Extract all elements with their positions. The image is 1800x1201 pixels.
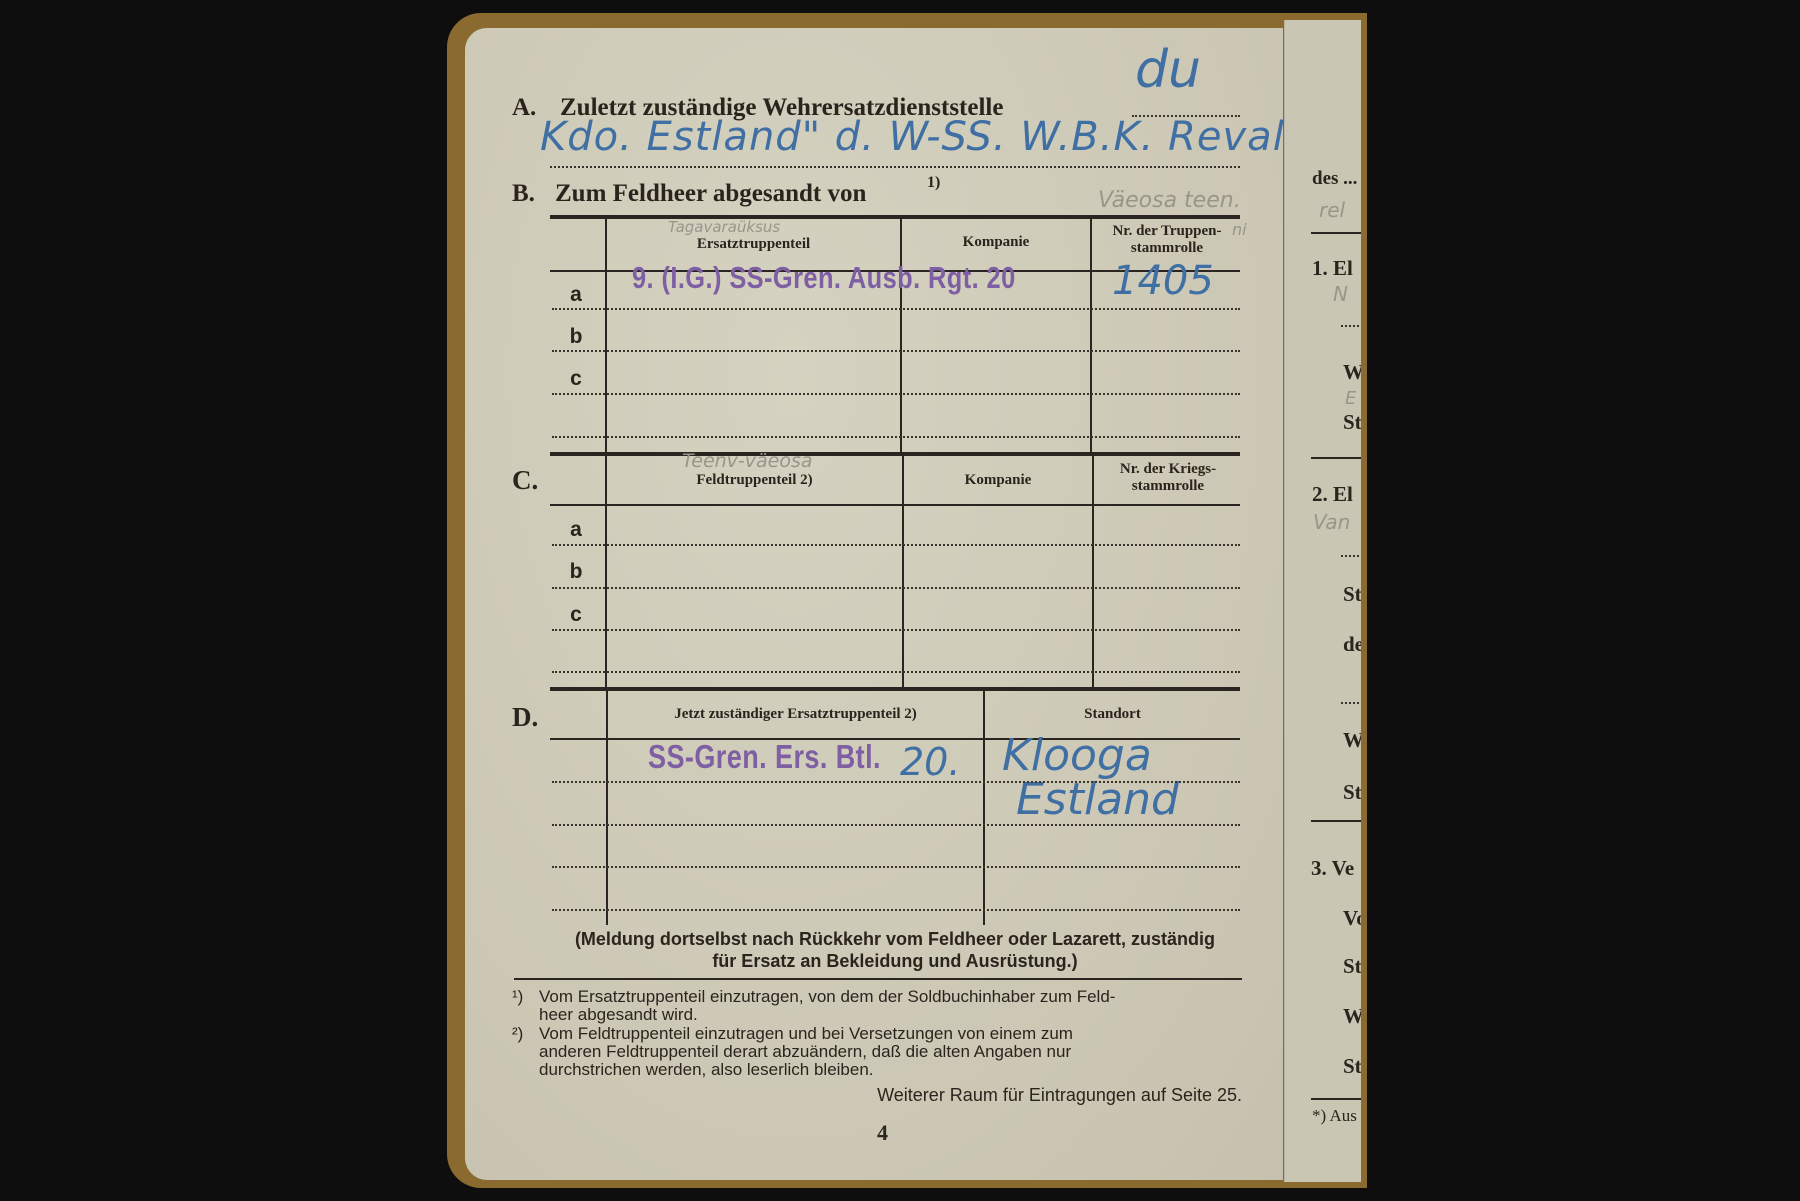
row-label-a: a <box>548 518 604 542</box>
table-b-header-kompanie: Kompanie <box>902 234 1090 251</box>
table-c-header-feldtruppenteil: Feldtruppenteil 2) <box>607 472 902 489</box>
footnote-mark: ¹) <box>512 988 523 1006</box>
divider <box>1311 457 1361 459</box>
table-c-header-nr: Nr. der Kriegs- stammrolle <box>1094 461 1242 495</box>
pencil-note: Väeosa teen. <box>1098 188 1241 213</box>
footnote-1: ¹) Vom Ersatztruppenteil einzutragen, vo… <box>512 988 1242 1024</box>
row-label-c: c <box>548 603 604 627</box>
section-c-label: C. <box>512 465 538 496</box>
pencil-note: Van <box>1313 510 1350 534</box>
handwritten-btl-number: 20. <box>900 740 960 784</box>
right-page-item-1: 1. El <box>1312 256 1353 281</box>
dotted-line <box>552 824 1240 826</box>
table-d-col-divider <box>983 690 985 925</box>
dotted-line <box>552 909 1240 911</box>
header-line: stammrolle <box>1092 240 1242 257</box>
table-d-col-divider <box>606 690 608 925</box>
handwritten-superscript: du <box>1135 40 1201 100</box>
footnote-mark: ²) <box>512 1025 523 1043</box>
right-page-w: W <box>1343 1004 1361 1029</box>
pencil-note: Teenv-väeosa <box>682 450 813 472</box>
footnote-line: durchstrichen werden, also leserlich ble… <box>539 1061 1242 1079</box>
dotted-line <box>1341 325 1361 327</box>
dotted-line <box>552 350 1240 352</box>
table-c-header-rule <box>550 504 1240 506</box>
table-b-bottom-rule <box>550 452 1240 456</box>
dotted-line <box>552 587 1240 589</box>
right-page-item-3: 3. Ve <box>1311 856 1354 881</box>
right-page-item-2: 2. El <box>1312 482 1353 507</box>
row-label-b: b <box>548 325 604 349</box>
pencil-note: N <box>1333 282 1348 306</box>
pencil-note: E <box>1345 388 1356 409</box>
divider <box>1311 1098 1361 1100</box>
right-page-footnote: *) Aus <box>1312 1106 1357 1126</box>
note-text: (Meldung dortselbst nach Rückkehr vom Fe… <box>548 928 1242 972</box>
footnote-line: heer abgesandt wird. <box>539 1006 1242 1024</box>
dotted-line <box>552 308 1240 310</box>
table-b-col-divider <box>900 217 902 452</box>
right-page-st: St <box>1343 582 1361 607</box>
section-b-title: Zum Feldheer abgesandt von <box>555 180 866 208</box>
dotted-line <box>550 166 1240 168</box>
header-line: stammrolle <box>1094 478 1242 495</box>
row-label-b: b <box>548 560 604 584</box>
divider <box>1311 232 1361 234</box>
right-page-st: St <box>1343 410 1361 435</box>
right-page-st: St <box>1343 954 1361 979</box>
table-b-header-ersatztruppenteil: Ersatztruppenteil <box>607 236 900 253</box>
footnote-line: Vom Ersatztruppenteil einzutragen, von d… <box>539 988 1242 1006</box>
section-d-label: D. <box>512 702 538 733</box>
right-page-de: de <box>1343 632 1361 657</box>
right-page-w: W <box>1343 728 1361 753</box>
dotted-line <box>552 393 1240 395</box>
right-page: des ... rel 1. El N W E St 2. El Van St … <box>1284 20 1361 1182</box>
pencil-note: Tagavaraüksus <box>668 218 780 236</box>
table-d-header-standort: Standort <box>985 706 1240 723</box>
table-d-header-ersatztruppenteil: Jetzt zuständiger Ersatztruppenteil 2) <box>608 706 983 723</box>
table-c-header-kompanie: Kompanie <box>904 472 1092 489</box>
table-c-col-divider <box>902 455 904 688</box>
row-label-c: c <box>548 367 604 391</box>
right-page-vo: Vo <box>1343 906 1361 931</box>
footnote-2: ²) Vom Feldtruppenteil einzutragen und b… <box>512 1025 1242 1079</box>
table-c-bottom-rule <box>550 687 1240 691</box>
section-b-label: B. <box>512 180 535 208</box>
handwritten-wehrersatz: Kdo. Estland" d. W-SS. W.B.K. Reval <box>540 114 1285 160</box>
divider <box>1311 820 1361 822</box>
row-label-a: a <box>548 283 604 307</box>
stamp-ersatztruppenteil: 9. (I.G.) SS-Gren. Ausb. Rgt. 20 <box>632 260 1016 296</box>
footnote-line: anderen Feldtruppenteil derart abzuänder… <box>539 1043 1242 1061</box>
dotted-line <box>1341 555 1361 557</box>
pencil-note: rel <box>1319 198 1345 222</box>
handwritten-nr: 1405 <box>1112 258 1214 304</box>
dotted-line <box>552 866 1240 868</box>
table-c-col-divider <box>605 455 607 688</box>
footnote-rule <box>514 978 1242 980</box>
header-line: Nr. der Truppen- <box>1092 223 1242 240</box>
note-line: für Ersatz an Bekleidung und Ausrüstung.… <box>548 950 1242 972</box>
table-b-header-nr: Nr. der Truppen- stammrolle <box>1092 223 1242 257</box>
dotted-line <box>552 629 1240 631</box>
dotted-line <box>552 544 1240 546</box>
footnote-ref: 1) <box>927 174 940 192</box>
stamp-ersatz-btl: SS-Gren. Ers. Btl. <box>648 738 881 776</box>
right-page-st: St <box>1343 1054 1361 1079</box>
dotted-line <box>552 436 1240 438</box>
continuation-note: Weiterer Raum für Eintragungen auf Seite… <box>700 1085 1242 1106</box>
dotted-line <box>552 671 1240 673</box>
header-line: Nr. der Kriegs- <box>1094 461 1242 478</box>
dotted-line <box>552 781 1240 783</box>
note-line: (Meldung dortselbst nach Rückkehr vom Fe… <box>548 928 1242 950</box>
section-a-label: A. <box>512 94 536 122</box>
dotted-line <box>1341 702 1361 704</box>
right-page-st: St <box>1343 780 1361 805</box>
right-page-des: des ... <box>1312 168 1357 190</box>
footnote-line: Vom Feldtruppenteil einzutragen und bei … <box>539 1025 1242 1043</box>
right-page-w: W <box>1343 360 1361 385</box>
table-b-top-rule <box>550 215 1240 219</box>
page-number: 4 <box>870 1120 895 1146</box>
